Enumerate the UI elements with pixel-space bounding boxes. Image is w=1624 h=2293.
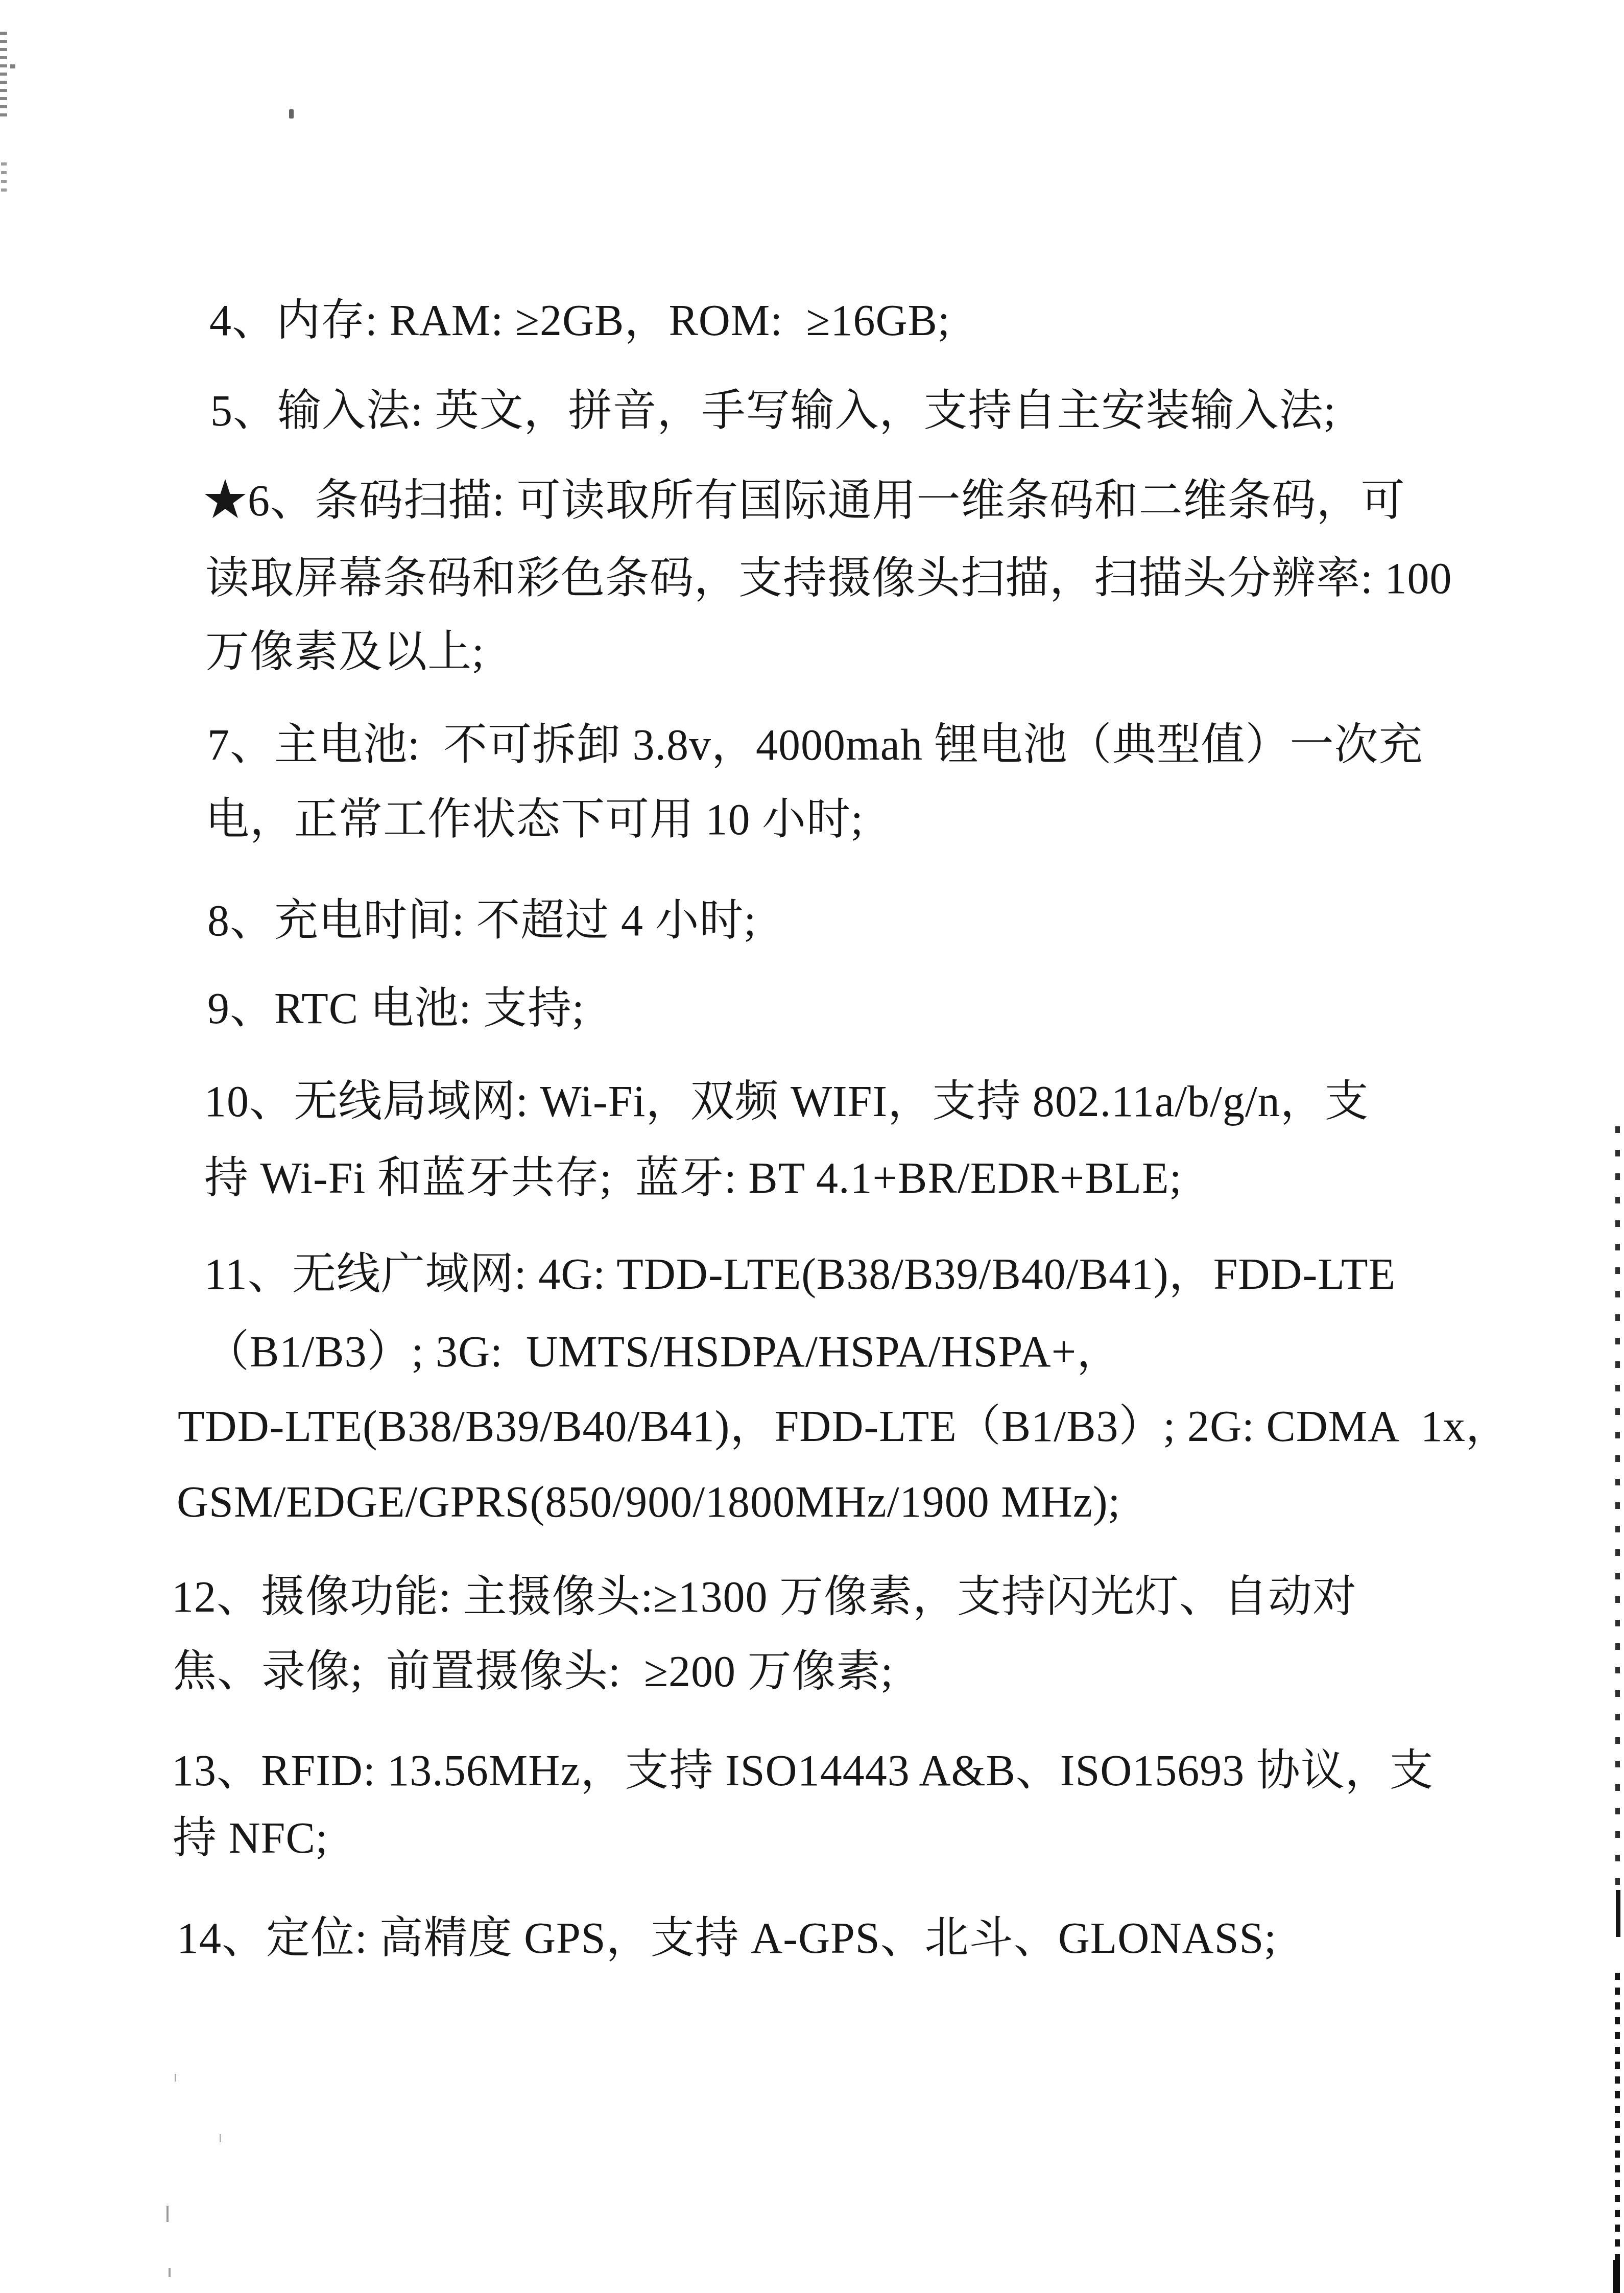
spec-line-item12-camera-1: 12、摄像功能: 主摄像头:≥1300 万像素，支持闪光灯、自动对 (172, 1570, 1357, 1623)
spec-line-item13-rfid-1: 13、RFID: 13.56MHz，支持 ISO14443 A&B、ISO156… (172, 1744, 1434, 1797)
spec-line-item6-barcode-1: ★6、条码扫描: 可读取所有国际通用一维条码和二维条码，可 (203, 474, 1405, 527)
scan-speck (175, 2074, 176, 2082)
spec-line-item7-battery-1: 7、主电池: 不可拆卸 3.8v，4000mah 锂电池（典型值）一次充 (207, 718, 1423, 771)
scan-page-edge-line (1615, 1126, 1620, 1890)
spec-line-item10-wlan-1: 10、无线局域网: Wi-Fi，双频 WIFI，支持 802.11a/b/g/n… (204, 1075, 1369, 1128)
scan-speck (289, 109, 294, 119)
spec-line-item11-wwan-3: TDD-LTE(B38/B39/B40/B41)，FDD-LTE（B1/B3）;… (178, 1400, 1510, 1453)
spec-line-item11-wwan-1: 11、无线广域网: 4G: TDD-LTE(B38/B39/B40/B41)，F… (204, 1247, 1396, 1301)
spec-line-item14-positioning: 14、定位: 高精度 GPS，支持 A-GPS、北斗、GLONASS; (177, 1911, 1277, 1965)
scan-speck (169, 2268, 171, 2277)
scan-page-edge-line (1616, 1890, 1620, 1937)
scan-speck (220, 2134, 221, 2142)
spec-line-item10-wlan-2: 持 Wi-Fi 和蓝牙共存; 蓝牙: BT 4.1+BR/EDR+BLE; (204, 1151, 1182, 1204)
document-page: 4、内存: RAM: ≥2GB，ROM: ≥16GB; 5、输入法: 英文，拼音… (0, 0, 1624, 2293)
scan-page-edge-line (1615, 1973, 1620, 2262)
spec-line-item11-wwan-4: GSM/EDGE/GPRS(850/900/1800MHz/1900 MHz); (177, 1475, 1120, 1528)
scan-speckles-top-left (0, 32, 7, 120)
spec-line-item4-memory: 4、内存: RAM: ≥2GB，ROM: ≥16GB; (209, 294, 950, 347)
spec-line-item13-rfid-2: 持 NFC; (173, 1811, 328, 1864)
scan-speck (166, 2206, 169, 2222)
spec-line-item6-barcode-2: 读取屏幕条码和彩色条码，支持摄像头扫描，扫描头分辨率: 100 (205, 552, 1452, 605)
spec-line-item7-battery-2: 电，正常工作状态下可用 10 小时; (205, 793, 864, 846)
scan-speck (10, 64, 15, 68)
spec-line-item12-camera-2: 焦、录像; 前置摄像头: ≥200 万像素; (173, 1645, 893, 1698)
spec-line-item9-rtc-battery: 9、RTC 电池: 支持; (207, 982, 585, 1035)
scan-speckles-left (1, 162, 7, 194)
spec-line-item11-wwan-2: （B1/B3）; 3G: UMTS/HSDPA/HSPA/HSPA+， (205, 1325, 1121, 1378)
spec-line-item8-charge-time: 8、充电时间: 不超过 4 小时; (207, 894, 756, 947)
scan-page-edge-line (1613, 2260, 1620, 2293)
spec-line-item5-input-method: 5、输入法: 英文，拼音，手写输入，支持自主安装输入法; (210, 384, 1336, 437)
spec-line-item6-barcode-3: 万像素及以上; (205, 625, 485, 678)
